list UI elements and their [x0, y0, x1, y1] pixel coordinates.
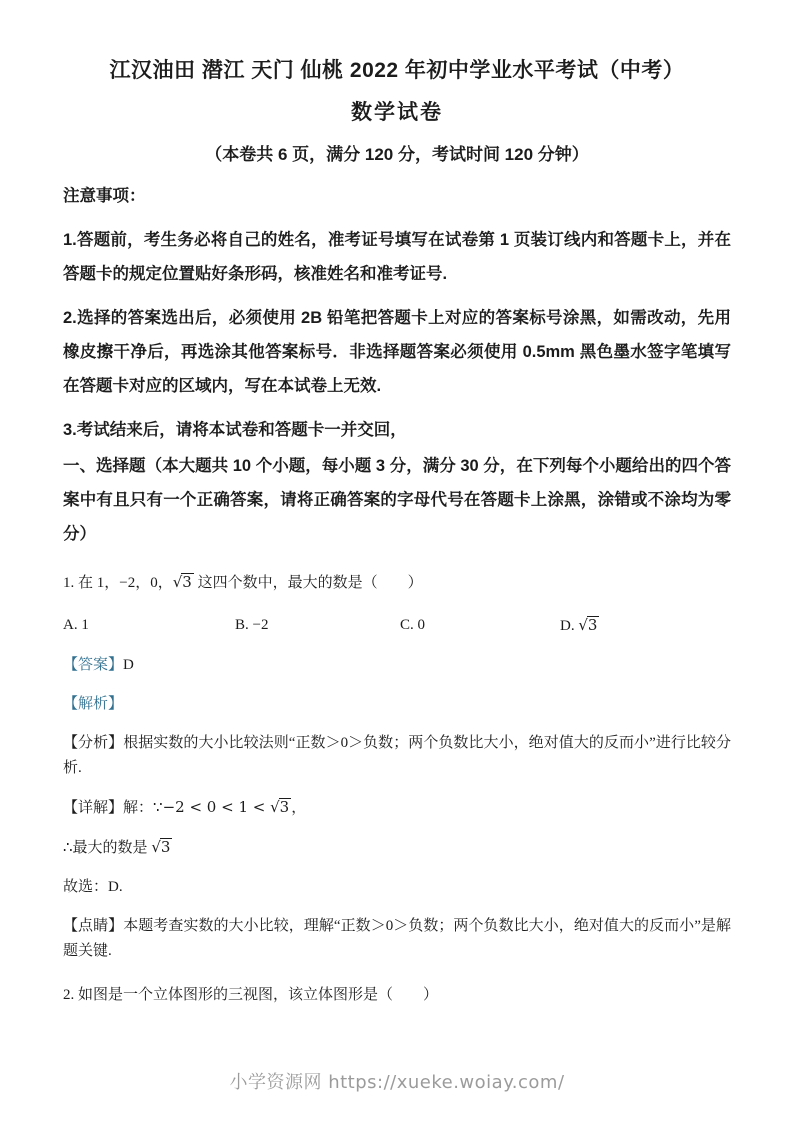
therefore-symbol: ∴	[63, 838, 73, 856]
detail-sqrt-expression: √3	[270, 798, 291, 816]
paper-info: （本卷共 6 页，满分 120 分，考试时间 120 分钟）	[63, 143, 731, 167]
sqrt-3-expression: √3	[173, 573, 194, 591]
detail-inequality: −2 < 0 < 1 <	[163, 798, 271, 816]
conclusion-sqrt-expression: √3	[151, 838, 172, 856]
radicand: 3	[587, 616, 600, 634]
analysis-text: 根据实数的大小比较法则“正数＞0＞负数；两个负数比大小，绝对值大的反而小”进行比…	[63, 735, 731, 776]
option-a: A. 1	[63, 612, 235, 639]
section-1-header: 一、选择题（本大题共 10 个小题，每小题 3 分，满分 30 分，在下列每个小…	[63, 449, 731, 551]
tip-line: 【点睛】本题考查实数的大小比较，理解“正数＞0＞负数；两个负数比大小，绝对值大的…	[63, 914, 731, 964]
explanation-label: 【解析】	[63, 696, 123, 712]
detail-post: ，	[291, 800, 306, 816]
option-c: C. 0	[400, 612, 560, 639]
because-symbol: ∵	[153, 798, 163, 816]
notice-item-1: 1.答题前，考生务必将自己的姓名，准考证号填写在试卷第 1 页装订线内和答题卡上…	[63, 223, 731, 291]
exam-title: 江汉油田 潜江 天门 仙桃 2022 年初中学业水平考试（中考）	[63, 56, 731, 86]
question-2-stem: 2. 如图是一个立体图形的三视图，该立体图形是（ ）	[63, 982, 731, 1008]
option-a-label: A.	[63, 617, 78, 633]
answer-line: 【答案】D	[63, 653, 731, 678]
option-b-label: B.	[235, 617, 249, 633]
option-b: B. −2	[235, 612, 400, 639]
analysis-label: 【分析】	[63, 735, 123, 751]
explanation-label-line: 【解析】	[63, 692, 731, 717]
question-1-options: A. 1 B. −2 C. 0 D. √3	[63, 612, 731, 639]
option-d-sqrt-expression: √3	[578, 616, 599, 634]
option-b-value: −2	[253, 617, 269, 633]
site-footer-watermark: 小学资源网 https://xueke.woiay.com/	[63, 1070, 731, 1096]
detail-line: 【详解】解：∵−2 < 0 < 1 < √3，	[63, 795, 731, 821]
detail-pre: 解：	[123, 800, 153, 816]
question-1-stem: 1. 在 1，−2，0，√3 这四个数中，最大的数是（ ）	[63, 569, 731, 596]
notice-item-2: 2.选择的答案选出后，必须使用 2B 铅笔把答题卡上对应的答案标号涂黑，如需改动…	[63, 301, 731, 403]
option-d-label: D.	[560, 618, 575, 634]
analysis-line: 【分析】根据实数的大小比较法则“正数＞0＞负数；两个负数比大小，绝对值大的反而小…	[63, 731, 731, 781]
choice-line: 故选：D.	[63, 875, 731, 900]
exam-subject-title: 数学试卷	[63, 98, 731, 128]
detail-label: 【详解】	[63, 800, 123, 816]
notice-item-3: 3.考试结来后，请将本试卷和答题卡一并交回，	[63, 413, 731, 447]
radicand: 3	[279, 798, 292, 816]
question-1-stem-post: 这四个数中，最大的数是（ ）	[194, 575, 423, 591]
tip-text: 本题考查实数的大小比较，理解“正数＞0＞负数；两个负数比大小，绝对值大的反而小”…	[63, 918, 731, 959]
answer-label: 【答案】	[63, 657, 123, 673]
conclusion-text: 最大的数是	[73, 840, 152, 856]
conclusion-line: ∴最大的数是 √3	[63, 835, 731, 861]
answer-value: D	[123, 657, 134, 673]
option-c-label: C.	[400, 617, 414, 633]
option-a-value: 1	[81, 617, 89, 633]
radicand: 3	[160, 838, 173, 856]
question-1-stem-pre: 1. 在 1，−2，0，	[63, 575, 173, 591]
tip-label: 【点睛】	[63, 918, 123, 934]
option-d: D. √3	[560, 612, 731, 639]
notices-heading: 注意事项：	[63, 179, 731, 213]
option-c-value: 0	[418, 617, 426, 633]
radicand: 3	[181, 573, 194, 591]
exam-paper-page: 江汉油田 潜江 天门 仙桃 2022 年初中学业水平考试（中考） 数学试卷 （本…	[0, 0, 793, 1122]
